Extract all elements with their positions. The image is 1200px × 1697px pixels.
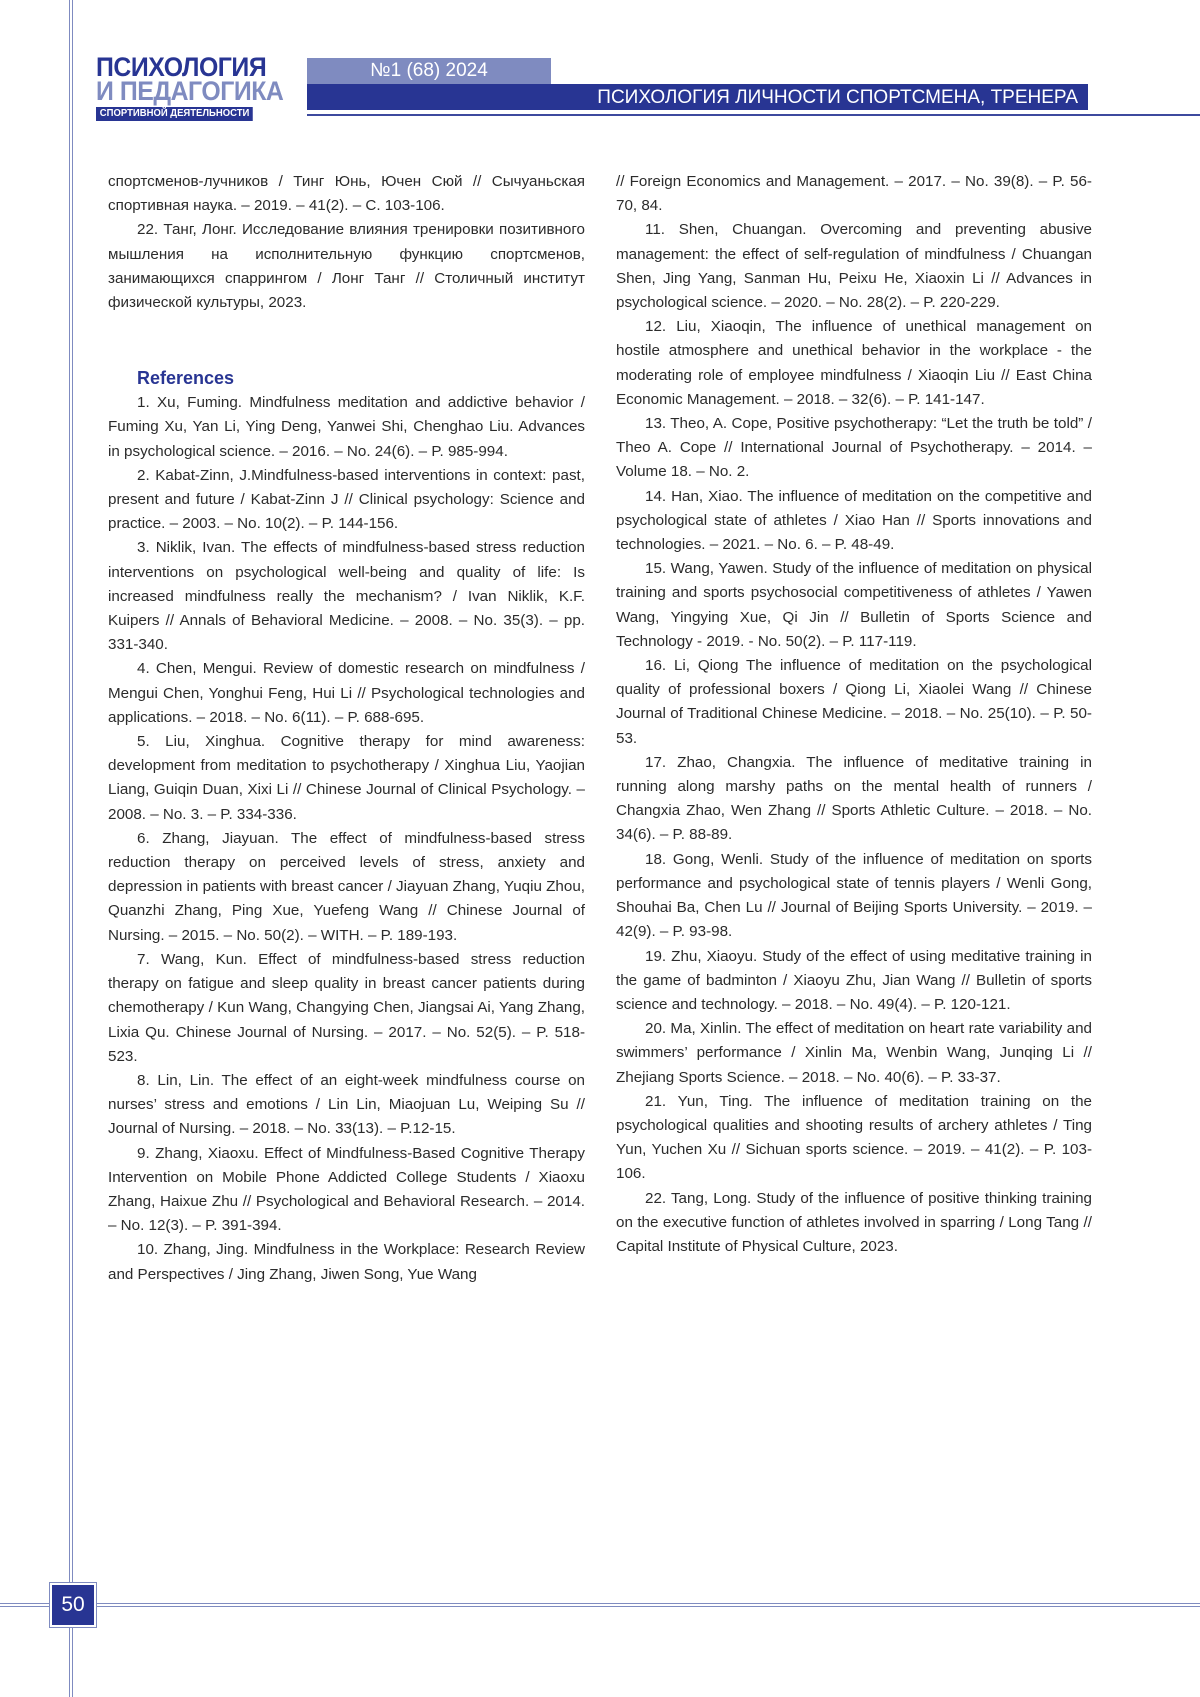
- section-title: ПСИХОЛОГИЯ ЛИЧНОСТИ СПОРТСМЕНА, ТРЕНЕРА: [597, 84, 1078, 111]
- logo-line-3: СПОРТИВНОЙ ДЕЯТЕЛЬНОСТИ: [96, 107, 253, 121]
- reference-item: 12. Liu, Xiaoqin, The influence of uneth…: [616, 315, 1092, 412]
- page-frame-horizontal-line: [0, 1603, 1200, 1607]
- reference-item: 2. Kabat-Zinn, J.Mindfulness-based inter…: [108, 464, 585, 537]
- issue-number: №1 (68) 2024: [307, 58, 551, 84]
- left-column: спортсменов-лучников / Тинг Юнь, Ючен Сю…: [108, 170, 585, 1287]
- reference-continuation: // Foreign Economics and Management. – 2…: [616, 170, 1092, 218]
- russian-ref-22: 22. Танг, Лонг. Исследование влияния тре…: [108, 218, 585, 315]
- reference-item: 17. Zhao, Changxia. The influence of med…: [616, 751, 1092, 848]
- page-number: 50: [52, 1585, 94, 1625]
- right-column: // Foreign Economics and Management. – 2…: [616, 170, 1092, 1259]
- reference-item: 8. Lin, Lin. The effect of an eight-week…: [108, 1069, 585, 1142]
- reference-item: 22. Tang, Long. Study of the influence o…: [616, 1187, 1092, 1260]
- reference-item: 4. Chen, Mengui. Review of domestic rese…: [108, 657, 585, 730]
- journal-logo: ПСИХОЛОГИЯ И ПЕДАГОГИКА СПОРТИВНОЙ ДЕЯТЕ…: [96, 55, 292, 121]
- reference-item: 16. Li, Qiong The influence of meditatio…: [616, 654, 1092, 751]
- reference-item: 14. Han, Xiao. The influence of meditati…: [616, 485, 1092, 558]
- reference-item: 19. Zhu, Xiaoyu. Study of the effect of …: [616, 945, 1092, 1018]
- reference-item: 6. Zhang, Jiayuan. The effect of mindful…: [108, 827, 585, 948]
- reference-item: 1. Xu, Fuming. Mindfulness meditation an…: [108, 391, 585, 464]
- reference-item: 5. Liu, Xinghua. Cognitive therapy for m…: [108, 730, 585, 827]
- reference-item: 18. Gong, Wenli. Study of the influence …: [616, 848, 1092, 945]
- reference-item: 10. Zhang, Jing. Mindfulness in the Work…: [108, 1238, 585, 1286]
- section-banner: ПСИХОЛОГИЯ ЛИЧНОСТИ СПОРТСМЕНА, ТРЕНЕРА: [307, 84, 1088, 110]
- page-number-box: 50: [49, 1582, 97, 1628]
- reference-item: 11. Shen, Chuangan. Overcoming and preve…: [616, 218, 1092, 315]
- header-rule: [307, 114, 1200, 116]
- reference-item: 21. Yun, Ting. The influence of meditati…: [616, 1090, 1092, 1187]
- reference-item: 9. Zhang, Xiaoxu. Effect of Mindfulness-…: [108, 1142, 585, 1239]
- logo-line-2: И ПЕДАГОГИКА: [96, 79, 276, 103]
- reference-item: 7. Wang, Kun. Effect of mindfulness-base…: [108, 948, 585, 1069]
- reference-item: 3. Niklik, Ivan. The effects of mindfuln…: [108, 536, 585, 657]
- reference-item: 15. Wang, Yawen. Study of the influence …: [616, 557, 1092, 654]
- reference-item: 20. Ma, Xinlin. The effect of meditation…: [616, 1017, 1092, 1090]
- reference-item: 13. Theo, A. Cope, Positive psychotherap…: [616, 412, 1092, 485]
- references-heading: References: [108, 365, 585, 391]
- russian-ref-continuation: спортсменов-лучников / Тинг Юнь, Ючен Сю…: [108, 170, 585, 218]
- page-frame-vertical-line: [69, 0, 73, 1697]
